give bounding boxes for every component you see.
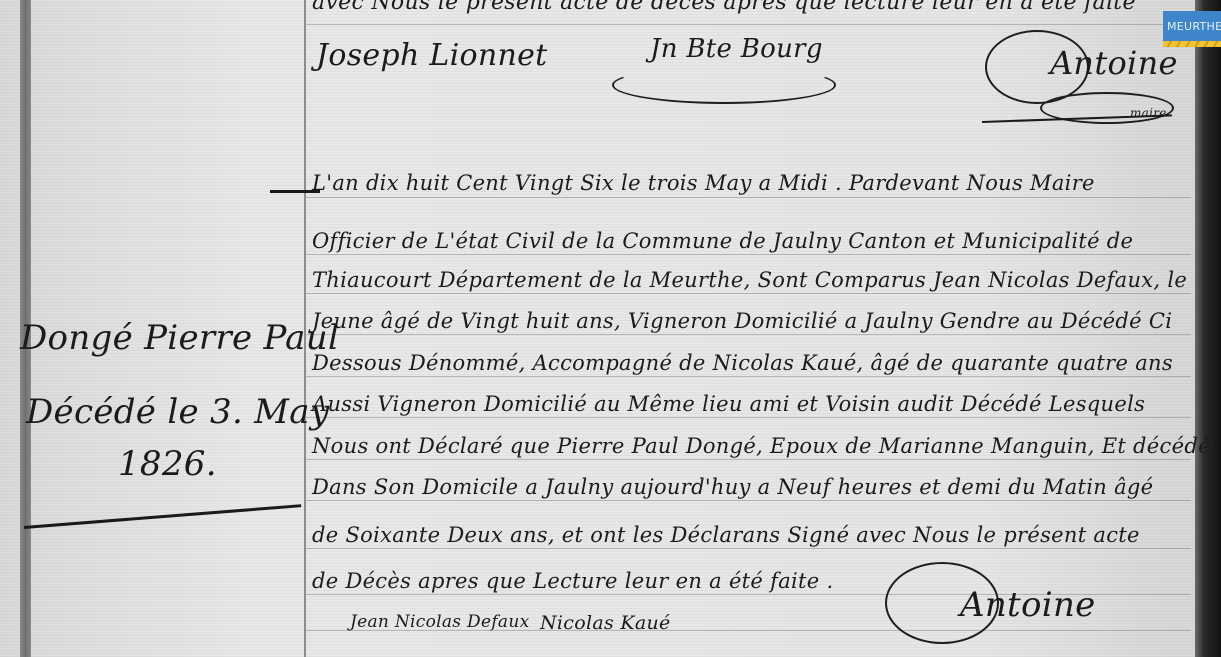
margin-note-underline [24,504,301,529]
register-page: avec Nous le présent acte de décès après… [0,0,1221,657]
top-partial-text-line: avec Nous le présent acte de décès après… [312,0,1136,15]
book-binding-shadow [1195,0,1221,657]
signature-declarant-kaue: Nicolas Kaué [540,612,671,634]
margin-note-year: 1826. [118,444,217,484]
signature-bourg: Jn Bte Bourg [650,34,823,64]
act-text-line: Officier de L'état Civil de la Commune d… [312,229,1133,253]
act-text-line: L'an dix huit Cent Vingt Six le trois Ma… [312,171,1095,195]
ruled-line [306,376,1191,377]
margin-note-date: Décédé le 3. May [26,392,329,432]
act-text-line: Thiaucourt Département de la Meurthe, So… [312,268,1187,292]
ruled-line [306,293,1191,294]
act-text-line: Dessous Dénommé, Accompagné de Nicolas K… [312,351,1173,375]
signature-joseph-lionnet: Joseph Lionnet [316,38,548,73]
signature-flourish [612,66,836,104]
act-text-line: de Décès apres que Lecture leur en a été… [312,569,833,593]
margin-note-name: Dongé Pierre Paul [20,318,339,358]
act-text-line: Aussi Vigneron Domicilié au Même lieu am… [312,392,1145,416]
act-text-line: Nous ont Déclaré que Pierre Paul Dongé, … [312,434,1211,458]
mayor-signature-top: Antoine [1050,44,1178,82]
mayor-title: maire [1130,106,1167,120]
ruled-line [306,500,1191,501]
ruled-line [306,24,1191,25]
ruled-line [306,548,1191,549]
ruled-line [306,334,1191,335]
mayor-signature-bottom: Antoine [960,585,1096,625]
badge-stripe [1163,41,1221,47]
act-text-line: Dans Son Domicile a Jaulny aujourd'huy a… [312,475,1153,499]
ruled-line [306,197,1191,198]
archive-badge: MEURTHE [1163,11,1221,47]
badge-label: MEURTHE [1167,20,1221,33]
ruled-line [306,459,1191,460]
act-text-line: Jeune âgé de Vingt huit ans, Vigneron Do… [312,309,1172,333]
ruled-line [306,254,1191,255]
ruled-line [306,417,1191,418]
signature-declarant-defaux: Jean Nicolas Defaux [350,612,530,632]
act-text-line: de Soixante Deux ans, et ont les Déclara… [312,523,1140,547]
